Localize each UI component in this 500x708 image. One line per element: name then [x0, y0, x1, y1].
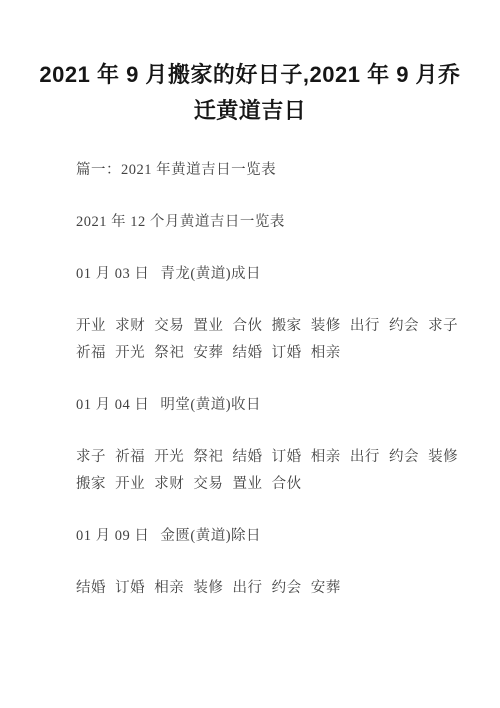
activities-line: 搬家 开业 求财 交易 置业 合伙 — [76, 471, 480, 498]
entry-activities: 开业 求财 交易 置业 合伙 搬家 装修 出行 约会 求子 祈福 开光 祭祀 安… — [76, 313, 480, 367]
entry-day-type: 明堂(黄道)收日 — [160, 397, 261, 413]
title-line-2: 迁黄道吉日 — [0, 93, 500, 129]
activities-line: 开业 求财 交易 置业 合伙 搬家 装修 出行 约会 求子 — [76, 313, 480, 340]
entry-date: 01 月 09 日 — [76, 528, 149, 544]
document-page: 2021 年 9 月搬家的好日子,2021 年 9 月乔 迁黄道吉日 篇一：20… — [0, 0, 500, 708]
document-title: 2021 年 9 月搬家的好日子,2021 年 9 月乔 迁黄道吉日 — [0, 0, 500, 129]
entry-activities: 结婚 订婚 相亲 装修 出行 约会 安葬 — [76, 575, 480, 602]
entry-activities: 求子 祈福 开光 祭祀 结婚 订婚 相亲 出行 约会 装修 搬家 开业 求财 交… — [76, 444, 480, 498]
entry-day-type: 金匮(黄道)除日 — [160, 528, 261, 544]
entry-day-type: 青龙(黄道)成日 — [160, 266, 261, 282]
entry-date-line: 01 月 04 日明堂(黄道)收日 — [76, 392, 480, 419]
entry-date: 01 月 04 日 — [76, 397, 149, 413]
title-line-1: 2021 年 9 月搬家的好日子,2021 年 9 月乔 — [0, 57, 500, 93]
entry-date-line: 01 月 03 日青龙(黄道)成日 — [76, 261, 480, 288]
list-title: 2021 年 12 个月黄道吉日一览表 — [76, 209, 480, 236]
activities-line: 祈福 开光 祭祀 安葬 结婚 订婚 相亲 — [76, 340, 480, 367]
activities-line: 结婚 订婚 相亲 装修 出行 约会 安葬 — [76, 575, 480, 602]
document-body: 篇一：2021 年黄道吉日一览表 2021 年 12 个月黄道吉日一览表 01 … — [76, 157, 480, 627]
entry-date: 01 月 03 日 — [76, 266, 149, 282]
entry-date-line: 01 月 09 日金匮(黄道)除日 — [76, 523, 480, 550]
section-heading: 篇一：2021 年黄道吉日一览表 — [76, 157, 480, 184]
activities-line: 求子 祈福 开光 祭祀 结婚 订婚 相亲 出行 约会 装修 — [76, 444, 480, 471]
